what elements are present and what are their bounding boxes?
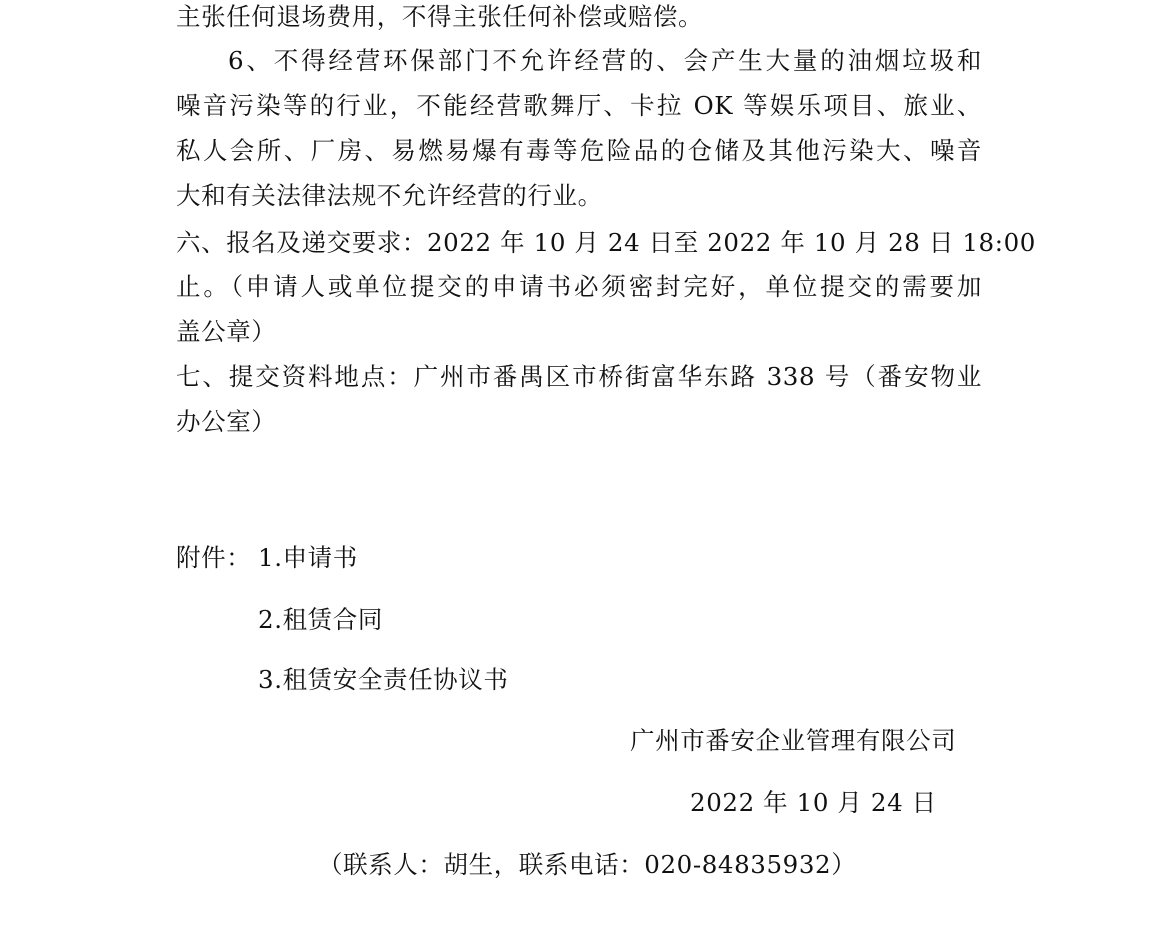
section-6-note: 止。（申请人或单位提交的申请书必须密封完好，单位提交的需要加 [176, 270, 982, 304]
body-line-1: 主张任何退场费用，不得主张任何补偿或赔偿。 [176, 0, 703, 34]
signature-company: 广州市番安企业管理有限公司 [630, 724, 956, 758]
body-line-4: 私人会所、厂房、易燃易爆有毒等危险品的仓储及其他污染大、噪音 [176, 134, 982, 168]
body-line-3: 噪音污染等的行业，不能经营歌舞厅、卡拉 OK 等娱乐项目、旅业、 [176, 89, 982, 123]
attachment-item-1: 1.申请书 [258, 541, 358, 575]
document-page: 主张任何退场费用，不得主张任何补偿或赔偿。 6、不得经营环保部门不允许经营的、会… [0, 0, 1158, 932]
section-6-registration: 六、报名及递交要求：2022 年 10 月 24 日至 2022 年 10 月 … [176, 226, 982, 260]
section-6-note-end: 盖公章） [176, 315, 276, 349]
body-line-5: 大和有关法律法规不允许经营的行业。 [176, 179, 603, 213]
attachment-item-3: 3.租赁安全责任协议书 [258, 663, 508, 697]
contact-info: （联系人：胡生，联系电话：020-84835932） [318, 848, 856, 882]
attachment-item-2: 2.租赁合同 [258, 603, 383, 637]
attachments-label: 附件： [176, 541, 251, 575]
signature-date: 2022 年 10 月 24 日 [690, 786, 937, 820]
section-7-location-end: 办公室） [176, 405, 276, 439]
body-line-clause-6: 6、不得经营环保部门不允许经营的、会产生大量的油烟垃圾和 [228, 44, 982, 78]
section-7-location: 七、提交资料地点：广州市番禺区市桥街富华东路 338 号（番安物业 [176, 360, 982, 394]
